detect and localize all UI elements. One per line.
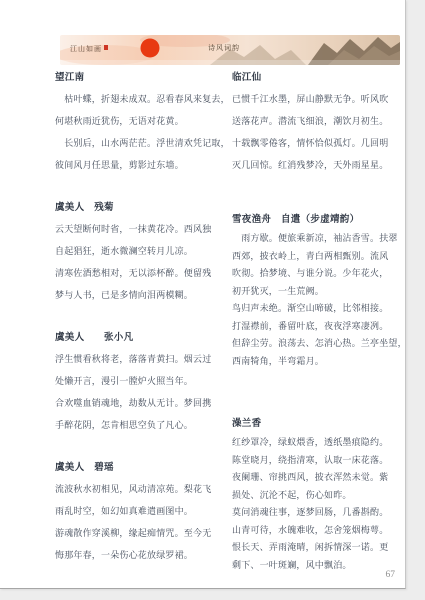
poem-line: 梦与人书，已是多情向泪两模糊。 xyxy=(55,284,217,306)
poem-line: 莫问消魂往事，逐梦回肠，几番斟酌。 xyxy=(232,504,394,522)
document-page: 江山如画 诗风词韵 望江南 枯叶蝶，折翅未成双。忍看春风来复去，何堪秋雨近犹伤，… xyxy=(0,0,406,589)
poem-line: 损处、沉沦不起，伤心如昨。 xyxy=(232,487,394,505)
poem-block: 虞美人 张小凡浮生惯看秋将老，落落青黄扫。烟云过处懒开言，漫引一膛炉火照当年。合… xyxy=(55,328,217,436)
poem-line: 悔那年春，一朵伤心花放绿罗裙。 xyxy=(55,544,217,566)
poem-line: 剩下、一叶斑斓，风中飘泊。 xyxy=(232,557,394,575)
poem-line: 鸟归声未绝。渐空山啼破，比邻相接。 xyxy=(232,300,394,318)
poem-title: 虞美人 张小凡 xyxy=(55,328,217,348)
poem-line: 雨乱时空，如幻如真难遣画图中。 xyxy=(55,500,217,522)
landscape-painting: 江山如画 诗风词韵 xyxy=(60,35,400,65)
poem-line: 已惯千江水墨，屏山静默无争。听风吹 xyxy=(232,88,394,110)
poem-line: 清寒佐酒愁相对，无以添杯醉。便留残 xyxy=(55,262,217,284)
poem-block: 虞美人 碧瑶流波秋水初相见，风动清凉苑。梨花飞雨乱时空，如幻如真难遣画图中。游魂… xyxy=(55,458,217,566)
poem-line: 手醉花阴，怎肯相思空负了凡心。 xyxy=(55,414,217,436)
poem-line: 处懒开言，漫引一膛炉火照当年。 xyxy=(55,370,217,392)
calligraphy-left: 江山如画 xyxy=(70,44,102,53)
poem-line: 红纱罩冷，绿蚁煨香，透纸墨痕隐约。 xyxy=(232,434,394,452)
poem-line: 但辞尘劳。浪荡去、怎消心热。兰亭坐望， xyxy=(232,335,394,353)
poem-line: 陈堂晓月，绕指清寒，认取一床花落。 xyxy=(232,452,394,470)
poem-line: 自起猖狂，逝水微澜空转月儿凉。 xyxy=(55,240,217,262)
poem-line: 十载飘零倦客，情怀恰似孤灯。几回明 xyxy=(232,132,394,154)
poem-line: 山青可待，水魄难收，怎舍笼烟梅萼。 xyxy=(232,522,394,540)
page-number: 67 xyxy=(386,570,396,580)
poem-line: 恨长天、弄雨淹晴，闲拆情深一诺。更 xyxy=(232,539,394,557)
poem-title: 虞美人 碧瑶 xyxy=(55,458,217,478)
poem-line: 游魂散作穿溪柳，缘起痴情咒。至今无 xyxy=(55,522,217,544)
header-banner: 江山如画 诗风词韵 xyxy=(60,35,400,65)
right-column: 临江仙已惯千江水墨，屏山静默无争。听风吹送落花声。潜流飞细浪，潮饮月初生。十载飘… xyxy=(232,68,394,589)
poem-title: 雪夜渔舟 自遣（步虚靖韵） xyxy=(232,210,394,230)
poem-line: 西南犄角，半弯霜月。 xyxy=(232,353,394,371)
poem-line: 合欢噬血销魂地，劫数从无计。梦回携 xyxy=(55,392,217,414)
poem-line: 雨方歇。便旅乘新凉，袖沾香雪。扶翠 xyxy=(232,230,394,248)
poem-block: 虞美人 残菊云天望断何时省，一抹黄花冷。西风独自起猖狂，逝水微澜空转月儿凉。清寒… xyxy=(55,198,217,306)
poem-line: 吹彻。拾梦境、与谁分说。少年花火， xyxy=(232,265,394,283)
red-seal-icon xyxy=(104,45,108,50)
poem-block: 临江仙已惯千江水墨，屏山静默无争。听风吹送落花声。潜流飞细浪，潮饮月初生。十载飘… xyxy=(232,68,394,176)
mist-wash xyxy=(60,60,400,65)
calligraphy-center: 诗风词韵 xyxy=(208,43,240,52)
page-content: 望江南 枯叶蝶，折翅未成双。忍看春风来复去，何堪秋雨近犹伤，无语对花黄。 长别后… xyxy=(55,68,393,589)
poem-line: 长别后，山水两茫茫。浮世清欢凭记取， xyxy=(55,132,217,154)
poem-line: 云天望断何时省，一抹黄花冷。西风独 xyxy=(55,218,217,240)
poem-line: 西郊，披衣岭上，青白两相甄别。流风 xyxy=(232,248,394,266)
poem-line: 送落花声。潜流飞细浪，潮饮月初生。 xyxy=(232,110,394,132)
poem-line: 灭几回惊。红消残梦冷，天外雨星星。 xyxy=(232,154,394,176)
left-column: 望江南 枯叶蝶，折翅未成双。忍看春风来复去，何堪秋雨近犹伤，无语对花黄。 长别后… xyxy=(55,68,217,589)
poem-line: 初开犹灭，一生荒阙。 xyxy=(232,283,394,301)
poem-title: 临江仙 xyxy=(232,68,394,88)
poem-line: 流波秋水初相见，风动清凉苑。梨花飞 xyxy=(55,478,217,500)
poem-line: 何堪秋雨近犹伤，无语对花黄。 xyxy=(55,110,217,132)
poem-line: 枯叶蝶，折翅未成双。忍看春风来复去， xyxy=(55,88,217,110)
poem-block: 望江南 枯叶蝶，折翅未成双。忍看春风来复去，何堪秋雨近犹伤，无语对花黄。 长别后… xyxy=(55,68,217,176)
poem-title: 望江南 xyxy=(55,68,217,88)
poem-title: 澡兰香 xyxy=(232,414,394,434)
poem-block: 澡兰香红纱罩冷，绿蚁煨香，透纸墨痕隐约。陈堂晓月，绕指清寒，认取一床花落。夜阑珊… xyxy=(232,414,394,574)
red-sun-icon xyxy=(141,39,160,58)
poem-block: 雪夜渔舟 自遣（步虚靖韵） 雨方歇。便旅乘新凉，袖沾香雪。扶翠西郊，披衣岭上，青… xyxy=(232,210,394,370)
poem-line: 彼间风月任思量，剪影过东墙。 xyxy=(55,154,217,176)
poem-line: 浮生惯看秋将老，落落青黄扫。烟云过 xyxy=(55,348,217,370)
poem-line: 夜阑珊、帘挑西风，披衣浑然未觉。紫 xyxy=(232,469,394,487)
poem-title: 虞美人 残菊 xyxy=(55,198,217,218)
poem-line: 打湿襟前，番留叶底，夜夜浮寒凄冽。 xyxy=(232,318,394,336)
